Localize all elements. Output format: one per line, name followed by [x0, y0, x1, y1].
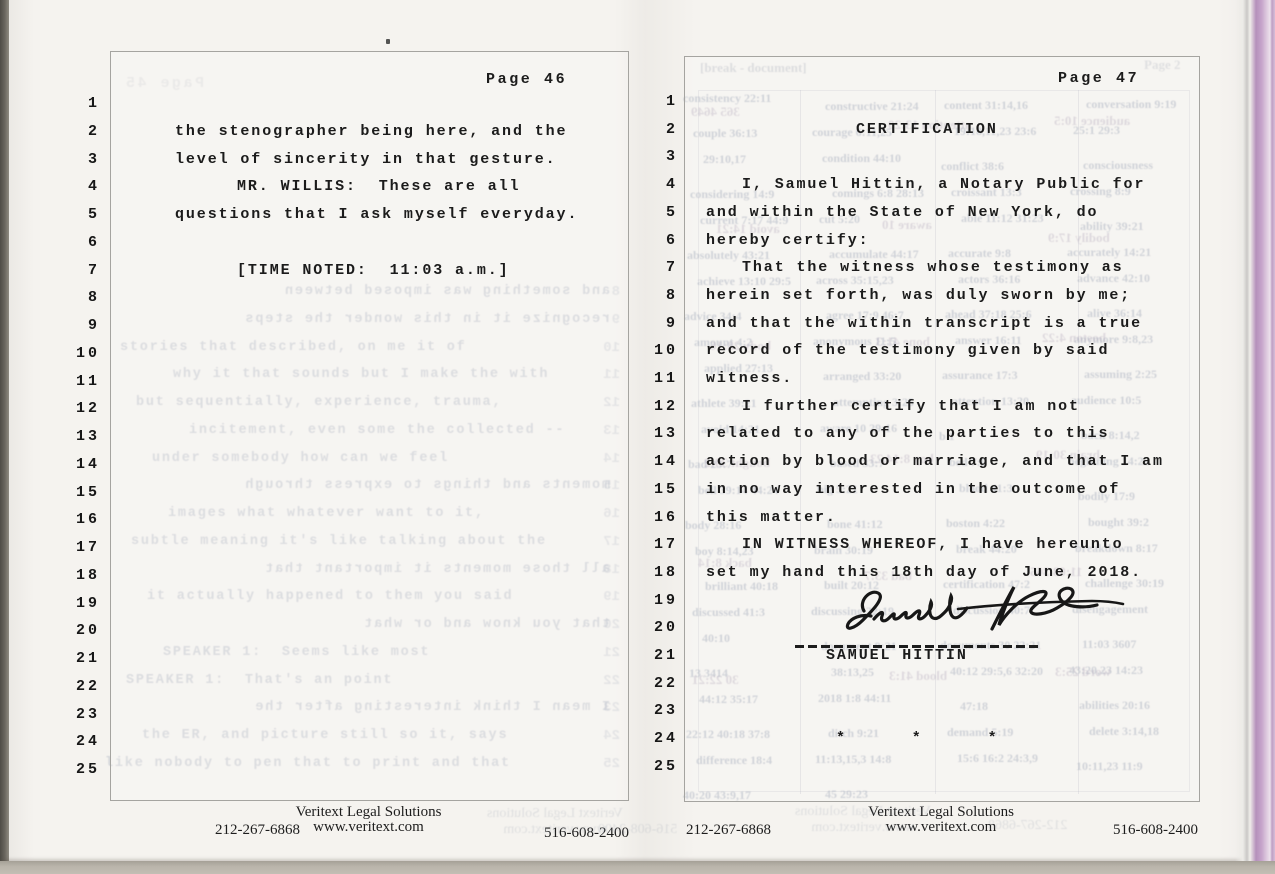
line-number: 17 [618, 531, 678, 559]
line-text: * * * [836, 725, 999, 753]
line-number: 15 [618, 476, 678, 504]
signature-line [795, 645, 1040, 648]
footer-phone-left: 212-267-6868 [215, 822, 300, 839]
line-number: 11 [618, 365, 678, 393]
transcript-line: 1 [0, 88, 1275, 116]
bleedthrough-footer: Veritext Legal Solutionswww.veritext.com [778, 804, 948, 836]
transcript-line: 14action by blood or marriage, and that … [0, 448, 1275, 476]
footer-phone-left: 212-267-6868 [686, 822, 771, 839]
transcript-line: 21SAMUEL HITTIN [0, 642, 1275, 670]
line-number: 14 [618, 448, 678, 476]
transcript-line: 13related to any of the parties to this [0, 420, 1275, 448]
bleedthrough-footer-phone: 516-608-2400 [598, 822, 677, 838]
line-text: this matter. [706, 504, 837, 532]
bleedthrough-footer-line: Veritext Legal Solutions [778, 804, 948, 820]
line-number: 5 [618, 199, 678, 227]
line-number: 16 [618, 504, 678, 532]
line-number: 21 [618, 642, 678, 670]
transcript-line: 22 [0, 670, 1275, 698]
line-text: herein set forth, was duly sworn by me; [706, 282, 1131, 310]
line-number: 18 [618, 559, 678, 587]
page-47-label: Page 47 [1058, 70, 1139, 87]
line-text: and within the State of New York, do [706, 199, 1098, 227]
bleedthrough-footer-line: Veritext Legal Solutions [470, 806, 640, 822]
transcript-line: 9and that the within transcript is a tru… [0, 310, 1275, 338]
transcript-line: 17IN WITNESS WHEREOF, I have hereunto [0, 531, 1275, 559]
notary-signature [840, 579, 1126, 641]
line-text: I, Samuel Hittin, a Notary Public for [742, 171, 1145, 199]
line-number: 24 [618, 725, 678, 753]
line-number: 19 [618, 587, 678, 615]
transcript-line: 24* * * [0, 725, 1275, 753]
line-number: 3 [618, 143, 678, 171]
transcript-line: 23 [0, 697, 1275, 725]
line-number: 22 [618, 670, 678, 698]
bleedthrough-footer-line: www.veritext.com [778, 820, 948, 836]
line-text: I further certify that I am not [742, 393, 1080, 421]
line-number: 13 [618, 420, 678, 448]
line-number: 23 [618, 697, 678, 725]
line-text: witness. [706, 365, 793, 393]
line-text: record of the testimony given by said [706, 337, 1109, 365]
line-text: CERTIFICATION [856, 116, 998, 144]
line-text: related to any of the parties to this [706, 420, 1109, 448]
transcript-line: 25 [0, 753, 1275, 781]
scanned-transcript-spread: Page 45 and something was imposed betwee… [0, 0, 1275, 874]
line-text: in no way interested in the outcome of [706, 476, 1120, 504]
line-number: 4 [618, 171, 678, 199]
line-text: That the witness whose testimony as [742, 254, 1124, 282]
line-number: 10 [618, 337, 678, 365]
line-text: action by blood or marriage, and that I … [706, 448, 1164, 476]
line-number: 1 [618, 88, 678, 116]
line-number: 12 [618, 393, 678, 421]
line-number: 8 [618, 282, 678, 310]
transcript-line: 12I further certify that I am not [0, 393, 1275, 421]
line-number: 25 [618, 753, 678, 781]
page-46-label: Page 46 [486, 71, 567, 88]
bleedthrough-footer-phone: 212-267-6868 [988, 818, 1067, 834]
footer-phone-right: 516-608-2400 [1113, 822, 1198, 839]
line-number: 2 [618, 116, 678, 144]
line-text: and that the within transcript is a true [706, 310, 1142, 338]
transcript-line: 4I, Samuel Hittin, a Notary Public for [0, 171, 1275, 199]
line-number: 9 [618, 310, 678, 338]
transcript-line: 5and within the State of New York, do [0, 199, 1275, 227]
transcript-line: 11witness. [0, 365, 1275, 393]
transcript-line: 10record of the testimony given by said [0, 337, 1275, 365]
transcript-line: 16this matter. [0, 504, 1275, 532]
transcript-line: 8herein set forth, was duly sworn by me; [0, 282, 1275, 310]
paper-speck [386, 39, 390, 44]
line-text: IN WITNESS WHEREOF, I have hereunto [742, 531, 1124, 559]
line-number: 6 [618, 227, 678, 255]
line-number: 20 [618, 614, 678, 642]
transcript-line: 6hereby certify: [0, 227, 1275, 255]
book-bottom-edge [0, 861, 1275, 874]
line-number: 7 [618, 254, 678, 282]
transcript-line: 7That the witness whose testimony as [0, 254, 1275, 282]
transcript-line: 2CERTIFICATION [0, 116, 1275, 144]
transcript-line: 3 [0, 143, 1275, 171]
transcript-line: 15in no way interested in the outcome of [0, 476, 1275, 504]
line-text: hereby certify: [706, 227, 870, 255]
